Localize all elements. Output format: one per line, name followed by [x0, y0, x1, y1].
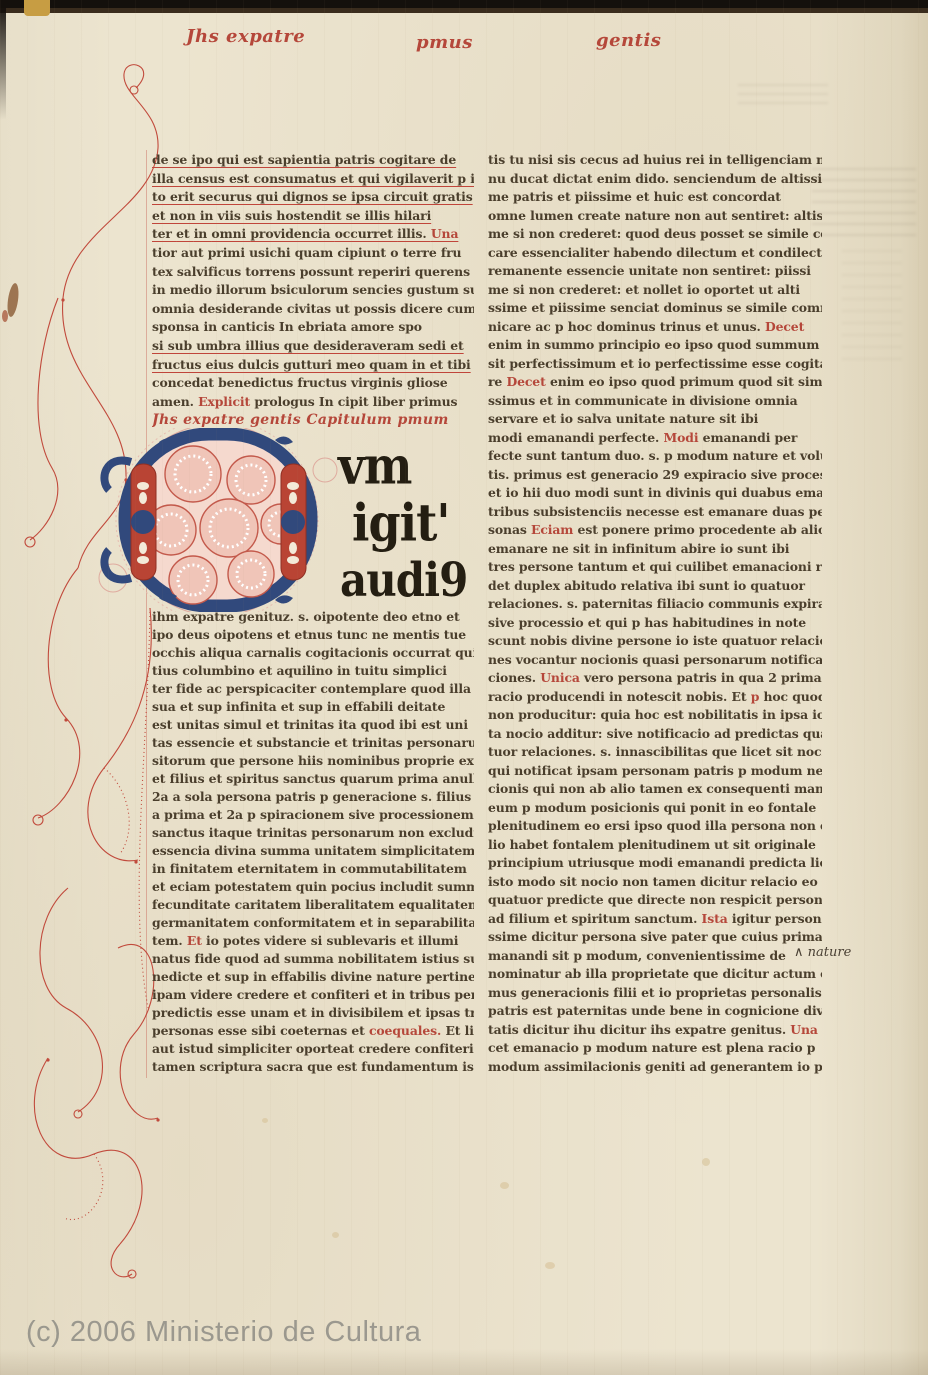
text-line: sua et sup infinita et sup in effabili d… [152, 698, 474, 716]
text-line: illa census est consumatus et qui vigila… [152, 170, 474, 189]
text-line: ter fide ac perspicaciter contemplare qu… [152, 680, 474, 698]
text-line: et eciam potestatem quin pocius includit… [152, 878, 474, 896]
text-line: tamen scriptura sacra que est fundamentu… [152, 1058, 474, 1076]
text-line: to erit securus qui dignos se ipsa circu… [152, 188, 474, 207]
text-line: tem. Et io potes videre si sublevaris et… [152, 932, 474, 950]
text-line: cionis qui non ab alio tamen ex conseque… [488, 780, 822, 799]
text-line: tatis dicitur ihu dicitur ihs expatre ge… [488, 1021, 822, 1040]
text-line: de se ipo qui est sapientia patris cogit… [152, 151, 474, 170]
text-line: nedicte et sup in effabilis divine natur… [152, 968, 474, 986]
scan-edge-left [0, 0, 6, 120]
text-line: fecunditate caritatem liberalitatem equa… [152, 896, 474, 914]
scan-edge-bottom [0, 1349, 928, 1375]
text-line: tuor relaciones. s. innascibilitas que l… [488, 743, 822, 762]
text-line: ssimus et in communicate in divisione om… [488, 392, 822, 411]
text-line: me si non crederet: et nollet io oportet… [488, 281, 822, 300]
foxing-spot [262, 1118, 268, 1123]
text-line: ad filium et spiritum sanctum. Ista igit… [488, 910, 822, 929]
text-line: 2a a sola persona patris p generacione s… [152, 788, 474, 806]
text-line: tis tu nisi sis cecus ad huius rei in te… [488, 151, 822, 170]
foxing-spot [702, 1158, 710, 1166]
text-line: et io hii duo modi sunt in divinis qui d… [488, 484, 822, 503]
text-line: sive processio et qui p has habitudines … [488, 614, 822, 633]
text-line: re Decet enim eo ipso quod primum quod s… [488, 373, 822, 392]
bleedthrough-text [738, 84, 828, 110]
col2: tis tu nisi sis cecus ad huius rei in te… [488, 151, 822, 1076]
copyright-watermark: (c) 2006 Ministerio de Cultura [26, 1316, 421, 1349]
text-line: personas esse sibi coeternas et coequale… [152, 1022, 474, 1040]
foxing-spot [332, 1232, 339, 1238]
text-line: modi emanandi perfecte. Modi emanandi pe… [488, 429, 822, 448]
text-line: sit perfectissimum et io perfectissime e… [488, 355, 822, 374]
illuminated-initial-D [93, 428, 345, 612]
display-script-text: vmigit'audi9 [338, 434, 478, 605]
text-line: nicare ac p hoc dominus trinus et unus. … [488, 318, 822, 337]
text-line: care essencialiter habendo dilectum et c… [488, 244, 822, 263]
margin-note: ∧ nature [794, 945, 851, 960]
text-line: quatuor predicte que directe non respici… [488, 891, 822, 910]
text-line: ssime dicitur persona sive pater que cui… [488, 928, 822, 947]
text-line: me si non crederet: quod deus posset se … [488, 225, 822, 244]
text-line: omnia desiderande civitas ut possis dice… [152, 300, 474, 319]
text-line: modum assimilacionis geniti ad generante… [488, 1058, 822, 1077]
text-line: tex salvificus torrens possunt reperiri … [152, 263, 474, 282]
text-line: essencia divina summa unitatem simplicit… [152, 842, 474, 860]
text-line: et filius et spiritus sanctus quarum pri… [152, 770, 474, 788]
column-ruling-line [146, 150, 147, 1078]
text-line: eum p modum posicionis qui ponit in eo f… [488, 799, 822, 818]
bleedthrough-text [842, 250, 902, 370]
text-line: nes vocantur nocionis quasi personarum n… [488, 651, 822, 670]
text-line: et non in viis suis hostendit se illis h… [152, 207, 474, 226]
text-line: in medio illorum bsiculorum sencies gust… [152, 281, 474, 300]
text-line: a prima et 2a p spiracionem sive process… [152, 806, 474, 824]
text-line: scunt nobis divine persone io iste quatu… [488, 632, 822, 651]
manuscript-page: Jhs expatre pmus gentis de se ipo qui es… [0, 0, 928, 1375]
text-line: germanitatem conformitatem et in separab… [152, 914, 474, 932]
text-line: tribus subsistenciis necesse est emanare… [488, 503, 822, 522]
text-line: ciones. Unica vero persona patris in qua… [488, 669, 822, 688]
text-line: emanare ne sit in infinitum abire io sun… [488, 540, 822, 559]
text-line: ipo deus oipotens et etnus tunc ne menti… [152, 626, 474, 644]
scan-edge-top [0, 0, 928, 13]
text-line: ssime et piissime senciat dominus se sim… [488, 299, 822, 318]
text-line: tas essencie et substancie et trinitas p… [152, 734, 474, 752]
text-line: nominatur ab illa proprietate que dicitu… [488, 965, 822, 984]
text-line: sponsa in canticis In ebriata amore spo [152, 318, 474, 337]
text-line: predictis esse unam et in divisibilem et… [152, 1004, 474, 1022]
text-line: natus fide quod ad summa nobilitatem ist… [152, 950, 474, 968]
display-script-line: igit' [338, 491, 478, 555]
text-line: occhis aliqua carnalis cogitacionis occu… [152, 644, 474, 662]
text-line: fructus eius dulcis gutturi meo quam in … [152, 356, 474, 375]
text-line: me patris et piissime et huic est concor… [488, 188, 822, 207]
text-line: est unitas simul et trinitas ita quod ib… [152, 716, 474, 734]
text-line: nu ducat dictat enim dido. senciendum de… [488, 170, 822, 189]
col1-top: de se ipo qui est sapientia patris cogit… [152, 151, 474, 430]
running-title-left: Jhs expatre [186, 26, 305, 47]
text-line: in finitatem eternitatem in commutabilit… [152, 860, 474, 878]
text-line: ta nocio additur: sive notificacio ad pr… [488, 725, 822, 744]
text-line: amen. Explicit prologus In cipit liber p… [152, 393, 474, 412]
text-line: patris est paternitas unde bene in cogni… [488, 1002, 822, 1021]
text-line: tius columbino et aquilino in tuitu simp… [152, 662, 474, 680]
text-line: concedat benedictus fructus virginis gli… [152, 374, 474, 393]
text-line: relaciones. s. paternitas filiacio commu… [488, 595, 822, 614]
display-script-line: vm [338, 434, 478, 498]
text-line: cet emanacio p modum nature est plena ra… [488, 1039, 822, 1058]
text-line: tis. primus est generacio 29 expiracio s… [488, 466, 822, 485]
running-title-center: pmus [416, 32, 473, 53]
text-line: mus generacionis filii et io proprietas … [488, 984, 822, 1003]
text-line: ipam videre credere et confiteri et in t… [152, 986, 474, 1004]
foxing-spot [500, 1182, 509, 1189]
text-line: servare et io salva unitate nature sit i… [488, 410, 822, 429]
text-line: tres persone tantum et qui cuilibet eman… [488, 558, 822, 577]
text-line: sanctus itaque trinitas personarum non e… [152, 824, 474, 842]
text-line: si sub umbra illius que desideraveram se… [152, 337, 474, 356]
text-line: manandi sit p modum, convenientissime de [488, 947, 822, 966]
running-title-right: gentis [596, 30, 661, 51]
bleedthrough-text [812, 168, 916, 238]
text-line: aut istud simpliciter oporteat credere c… [152, 1040, 474, 1058]
text-line: tior aut primi usichi quam cipiunt o ter… [152, 244, 474, 263]
text-line: racio producendi in notescit nobis. Et p… [488, 688, 822, 707]
text-line: det duplex abitudo relativa ibi sunt io … [488, 577, 822, 596]
text-line: non producitur: quia hoc est nobilitatis… [488, 706, 822, 725]
text-line: enim in summo principio eo ipso quod sum… [488, 336, 822, 355]
text-line: sonas Eciam est ponere primo procedente … [488, 521, 822, 540]
text-line: ter et in omni providencia occurret illi… [152, 225, 474, 244]
display-script-line: audi9 [338, 548, 478, 612]
binding-tab [24, 0, 50, 16]
text-line: fecte sunt tantum duo. s. p modum nature… [488, 447, 822, 466]
text-line: sitorum que persone hiis nominibus propr… [152, 752, 474, 770]
col1-bottom: ihm expatre genituz. s. oipotente deo et… [152, 608, 474, 1076]
text-line: lio habet fontalem plenitudinem ut sit o… [488, 836, 822, 855]
text-line: isto modo sit nocio non tamen dicitur re… [488, 873, 822, 892]
text-line: plenitudinem eo ersi ipso quod illa pers… [488, 817, 822, 836]
foxing-spot [545, 1262, 555, 1269]
text-line: omne lumen create nature non aut sentire… [488, 207, 822, 226]
text-line: remanente essencie unitate non sentiret:… [488, 262, 822, 281]
text-line: principium utriusque modi emanandi predi… [488, 854, 822, 873]
text-line: qui notificat ipsam personam patris p mo… [488, 762, 822, 781]
